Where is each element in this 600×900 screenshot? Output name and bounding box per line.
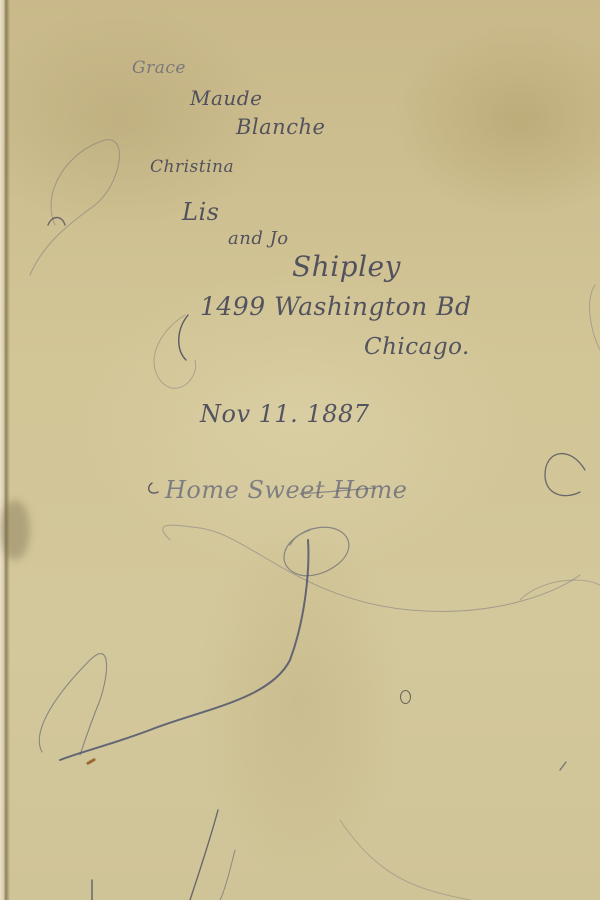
document-page: Grace Maude Blanche Christina Lis and Jo… <box>0 0 600 900</box>
inscription-name-grace: Grace <box>132 58 186 78</box>
inscription-name-blanche: Blanche <box>236 115 325 139</box>
inscription-surname: Shipley <box>292 250 401 283</box>
inscription-name-christina: Christina <box>150 157 234 177</box>
inscription-motto: Home Sweet Home <box>165 476 407 504</box>
inscription-address: 1499 Washington Bd <box>200 292 472 321</box>
inscription-city: Chicago. <box>364 334 470 360</box>
inscription-name-maude: Maude <box>190 86 262 110</box>
inscription-name-lis: Lis <box>182 198 219 226</box>
inscription-name-jo: and Jo <box>228 228 289 249</box>
inscription-date: Nov 11. 1887 <box>200 400 370 428</box>
